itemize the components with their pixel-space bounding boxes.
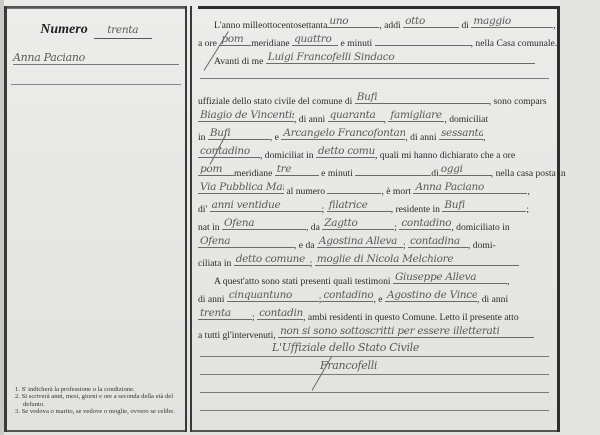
form-line-witness2: di anni cinquantuno;contadino, e Agostin… [198,290,551,304]
birthplace: Ofena [222,218,306,230]
document-page: Numero trenta Anna Paciano 1. S' indiche… [0,0,600,435]
margin-inner-rule [7,8,185,9]
signature-line-1: L'Uffiziale dello Stato Civile [272,341,551,355]
footnote-3: 3. Se vedova o marito, se vedove o mogli… [15,408,179,415]
hour-field: quattro [292,34,338,46]
comune-field: Bufi [355,92,489,104]
death-minutes [355,164,431,176]
witness2-age: trenta [198,308,252,320]
form-line-witness1: A quest'atto sono stati presenti quali t… [214,272,551,286]
form-line-deceased-age: di' anni ventidue; filatrice, residente … [198,200,551,214]
witness1-age-occupation: cinquantuno [227,290,319,302]
officer-field: Luigi Francofelli Sindaco [266,52,535,64]
declarant1-residence: Bufi [208,128,270,140]
form-line-birthplace: nat in Ofena, da Zagtto; contadino, domi… [198,218,551,232]
witness2-name: Agostino de Vincentis [385,290,477,302]
mother-name: Agostina Alleva [317,236,403,248]
form-line-year: L'anno milleottocentosettantauno, addì o… [214,16,551,30]
death-street: Via Pubblica Marina [198,182,284,194]
signature-note: non si sono sottoscritti per essere ille… [278,326,534,338]
declarant1-occupation: famigliare [388,110,444,122]
form-line-reading: a tutti gl'intervenuti, non si sono sott… [198,326,551,340]
death-record-form: L'anno milleottocentosettantauno, addì o… [190,6,560,432]
death-hour: tre [275,164,319,176]
form-line-hour: a ore pommeridiane quattro e minuti , ne… [198,34,551,48]
deceased-name-margin: Anna Paciano [13,48,179,65]
right-margin [560,0,600,435]
form-line-spouse: ciliata in detto comune; moglie di Nicol… [198,254,551,268]
father-occupation: contadino [399,218,451,230]
father-residence: Ofena [198,236,294,248]
mother-residence: detto comune [234,254,310,266]
form-line-witness2-details: trenta; contadino, ambi residenti in que… [198,308,551,322]
deceased-age: anni ventidue [210,200,322,212]
signature-rule-3 [200,392,549,393]
deceased-name-field: Anna Paciano [413,182,527,194]
form-line-declarant2-residence: contadino, domiciliat in detto comune, q… [198,146,551,160]
deceased-residence: Bufi [442,200,526,212]
form-line-comune: uffiziale dello stato civile del comune … [198,92,551,106]
witness1-name: Giuseppe Alleva [393,272,507,284]
day-field: otto [403,16,459,28]
declarant2-occupation: contadino [198,146,260,158]
form-line-declarant1: Biagio de Vincentis, di anni quaranta, f… [198,110,551,124]
form-line-mother: Ofena, e da Agostina Alleva; contadina, … [198,236,551,250]
month-field: maggio [471,16,553,28]
signature-line-2: Francofelli [320,359,551,373]
signature-rule-4 [200,410,549,411]
declarant2-residence: detto comune [316,146,375,158]
blank-rule [200,78,549,79]
house-number [327,182,381,194]
form-line-death-place: Via Pubblica Marina al numero , è mort A… [198,182,551,196]
declarant2-age: sessanta [439,128,483,140]
marital-status: moglie di Nicola Melchiore [315,254,519,266]
death-day: oggi [439,164,491,176]
form-line-declarant2: in Bufi, e Arcangelo Francofontana, di a… [198,128,551,142]
margin-bottom-rule [7,430,185,432]
death-ampm: pom [198,164,234,176]
footnotes: 1. S' indicherà la professione o la cond… [15,386,179,416]
declarant1-age: quaranta [328,110,384,122]
margin-column: Numero trenta Anna Paciano 1. S' indiche… [4,6,187,432]
deceased-name: Anna Paciano [13,51,85,64]
signature-rule-2 [200,374,549,375]
record-number: Numero trenta [7,20,185,39]
footnote-1: 1. S' indicherà la professione o la cond… [15,386,179,393]
witness2-occupation: contadino [257,308,303,320]
footnote-2: 2. Si scriverà anni, mesi, giorni e ore … [15,393,179,408]
margin-divider [11,84,181,85]
declarant2-name: Arcangelo Francofontana [281,128,405,140]
numero-label: Numero [40,22,87,37]
form-top-rule [198,6,557,9]
signature-rule-1 [200,356,549,357]
form-line-officer: Avanti di me Luigi Francofelli Sindaco [214,52,551,66]
deceased-occupation: filatrice [327,200,391,212]
year-field: uno [327,16,379,28]
officer-signature-title: L'Uffiziale dello Stato Civile [272,341,419,354]
numero-value: trenta [107,24,138,36]
witness1-occupation: contadino [321,290,373,302]
father-name: Zagtto [322,218,394,230]
declarant1-name: Biagio de Vincentis [198,110,294,122]
form-line-death-time: pommeridiane tre e minuti dioggi, nella … [198,164,551,178]
form-bottom-rule [192,430,557,432]
mother-occupation: contadina [408,236,468,248]
minutes-field [375,34,471,46]
